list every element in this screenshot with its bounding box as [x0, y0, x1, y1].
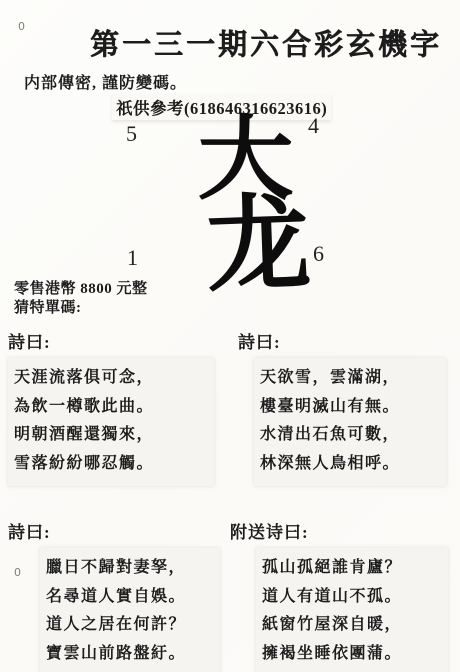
hint-number-top-left: 5	[126, 121, 137, 147]
poem-line: 孤山孤絕誰肯廬？	[262, 554, 438, 583]
lottery-mystery-sheet: 0 0 第一三一期六合彩玄機字 内部傳密, 謹防變碼。 祇供參考(6186463…	[0, 0, 460, 672]
poem-body: 臘日不歸對妻孥， 名尋道人實自娛。 道人之居在何許？ 寶雲山前路盤紆。	[40, 548, 220, 672]
retail-price-line: 零售港幣 8800 元整	[14, 280, 148, 299]
poem-body: 孤山孤絕誰肯廬？ 道人有道山不孤。 紙窗竹屋深自暖， 擁褐坐睡依團蒲。	[256, 548, 448, 672]
mystery-characters: 大 龙	[163, 112, 328, 298]
poem-line: 道人有道山不孤。	[262, 583, 438, 612]
poem-line: 天欲雪，雲滿湖，	[260, 364, 436, 393]
poem-line: 樓臺明滅山有無。	[260, 393, 436, 422]
poem-section-top-right: 詩曰: 天欲雪，雲滿湖， 樓臺明滅山有無。 水清出石魚可數， 林深無人鳥相呼。	[238, 328, 446, 486]
poem-line: 林深無人鳥相呼。	[260, 450, 436, 479]
poem-line: 臘日不歸對妻孥，	[46, 554, 210, 583]
poem-section-top-left: 詩曰: 天涯流落俱可念， 為飲一樽歌此曲。 明朝酒醒還獨來， 雪落紛紛哪忍觸。	[8, 328, 214, 486]
poem-section-bottom-left: 詩曰: 臘日不歸對妻孥， 名尋道人實自娛。 道人之居在何許？ 寶雲山前路盤紆。	[8, 518, 220, 672]
poem-line: 明朝酒醒還獨來，	[14, 421, 204, 450]
poem-line: 名尋道人實自娛。	[46, 583, 210, 612]
poem-line: 水清出石魚可數，	[260, 421, 436, 450]
poem-section-bottom-right-bonus: 附送诗曰: 孤山孤絕誰肯廬？ 道人有道山不孤。 紙窗竹屋深自暖， 擁褐坐睡依團蒲…	[230, 518, 448, 672]
mystery-character-bottom: 龙	[187, 192, 330, 301]
poem-body: 天欲雪，雲滿湖， 樓臺明滅山有無。 水清出石魚可數， 林深無人鳥相呼。	[254, 358, 446, 486]
poem-line: 天涯流落俱可念，	[14, 364, 204, 393]
poem-line: 為飲一樽歌此曲。	[14, 393, 204, 422]
page-title: 第一三一期六合彩玄機字	[90, 22, 452, 63]
bonus-poem-header: 附送诗曰:	[230, 518, 448, 543]
poem-line: 雪落紛紛哪忍觸。	[14, 450, 204, 479]
guess-special-code-label: 猜特單碼:	[14, 299, 148, 318]
anti-counterfeit-notice: 内部傳密, 謹防變碼。	[24, 70, 187, 93]
price-block: 零售港幣 8800 元整 猜特單碼:	[14, 280, 148, 318]
poem-line: 紙窗竹屋深自暖，	[262, 611, 438, 640]
poem-body: 天涯流落俱可念， 為飲一樽歌此曲。 明朝酒醒還獨來， 雪落紛紛哪忍觸。	[8, 358, 214, 486]
hint-number-bottom-left: 1	[127, 245, 138, 271]
poem-line: 擁褐坐睡依團蒲。	[262, 640, 438, 669]
poem-line: 寶雲山前路盤紆。	[46, 640, 210, 669]
poem-line: 道人之居在何許？	[46, 611, 210, 640]
scan-margin-mark-top: 0	[18, 20, 25, 33]
poem-header: 詩曰:	[238, 328, 446, 353]
poem-header: 詩曰:	[8, 328, 214, 353]
poem-header: 詩曰:	[8, 518, 220, 543]
